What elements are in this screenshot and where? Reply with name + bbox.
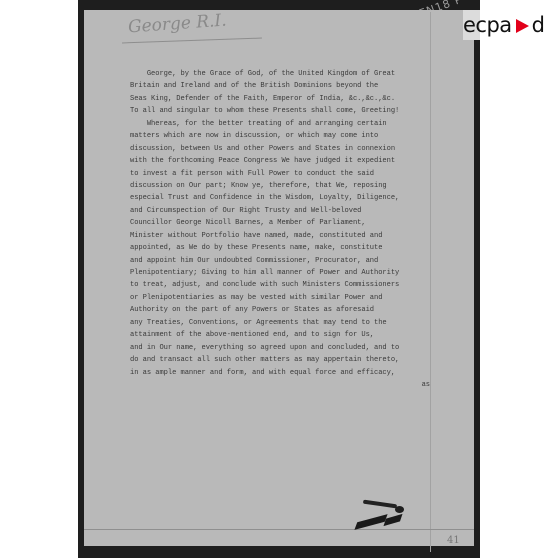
document-line: Seas King, Defender of the Faith, Empero…: [130, 93, 430, 105]
document-body: George, by the Grace of God, of the Unit…: [130, 68, 430, 391]
document-line: to treat, adjust, and conclude with such…: [130, 279, 430, 291]
document-line: To all and singular to whom these Presen…: [130, 105, 430, 117]
document-line: discussion, between Us and other Powers …: [130, 143, 430, 155]
logo-text-right: d: [532, 13, 545, 37]
document-line: appointed, as We do by these Presents na…: [130, 242, 430, 254]
document-line: with the forthcoming Peace Congress We h…: [130, 155, 430, 167]
document-line: attainment of the above-mentioned end, a…: [130, 329, 430, 341]
document-line: or Plenipotentiaries as may be vested wi…: [130, 292, 430, 304]
document-line: in as ample manner and form, and with eq…: [130, 367, 430, 379]
catchword: as: [130, 379, 430, 391]
document-line: Minister without Portfolio have named, m…: [130, 230, 430, 242]
document-line: any Treaties, Conventions, or Agreements…: [130, 317, 430, 329]
logo-text-left: ecpa: [463, 13, 512, 37]
document-line: discussion on Our part; Know ye, therefo…: [130, 180, 430, 192]
pencil-note: 41: [447, 535, 460, 546]
document-line: and Circumspection of Our Right Trusty a…: [130, 205, 430, 217]
paper-fold-line: [430, 12, 431, 552]
play-arrow-icon: [516, 19, 529, 33]
document-line: Whereas, for the better treating of and …: [130, 118, 430, 130]
document-line: and in Our name, everything so agreed up…: [130, 342, 430, 354]
document-line: do and transact all such other matters a…: [130, 354, 430, 366]
ink-mark: [395, 506, 404, 513]
document-line: Britain and Ireland and of the British D…: [130, 80, 430, 92]
document-line: and appoint him Our undoubted Commission…: [130, 255, 430, 267]
document-line: Councillor George Nicoll Barnes, a Membe…: [130, 217, 430, 229]
ecpad-logo[interactable]: ecpa d: [463, 10, 558, 40]
document-line: Plenipotentiary; Giving to him all manne…: [130, 267, 430, 279]
document-line: especial Trust and Confidence in the Wis…: [130, 192, 430, 204]
document-line: to invest a fit person with Full Power t…: [130, 168, 430, 180]
document-line: Authority on the part of any Powers or S…: [130, 304, 430, 316]
document-line: matters which are now in discussion, or …: [130, 130, 430, 142]
document-line: George, by the Grace of God, of the Unit…: [130, 68, 430, 80]
paper-bottom-edge: [84, 529, 474, 530]
